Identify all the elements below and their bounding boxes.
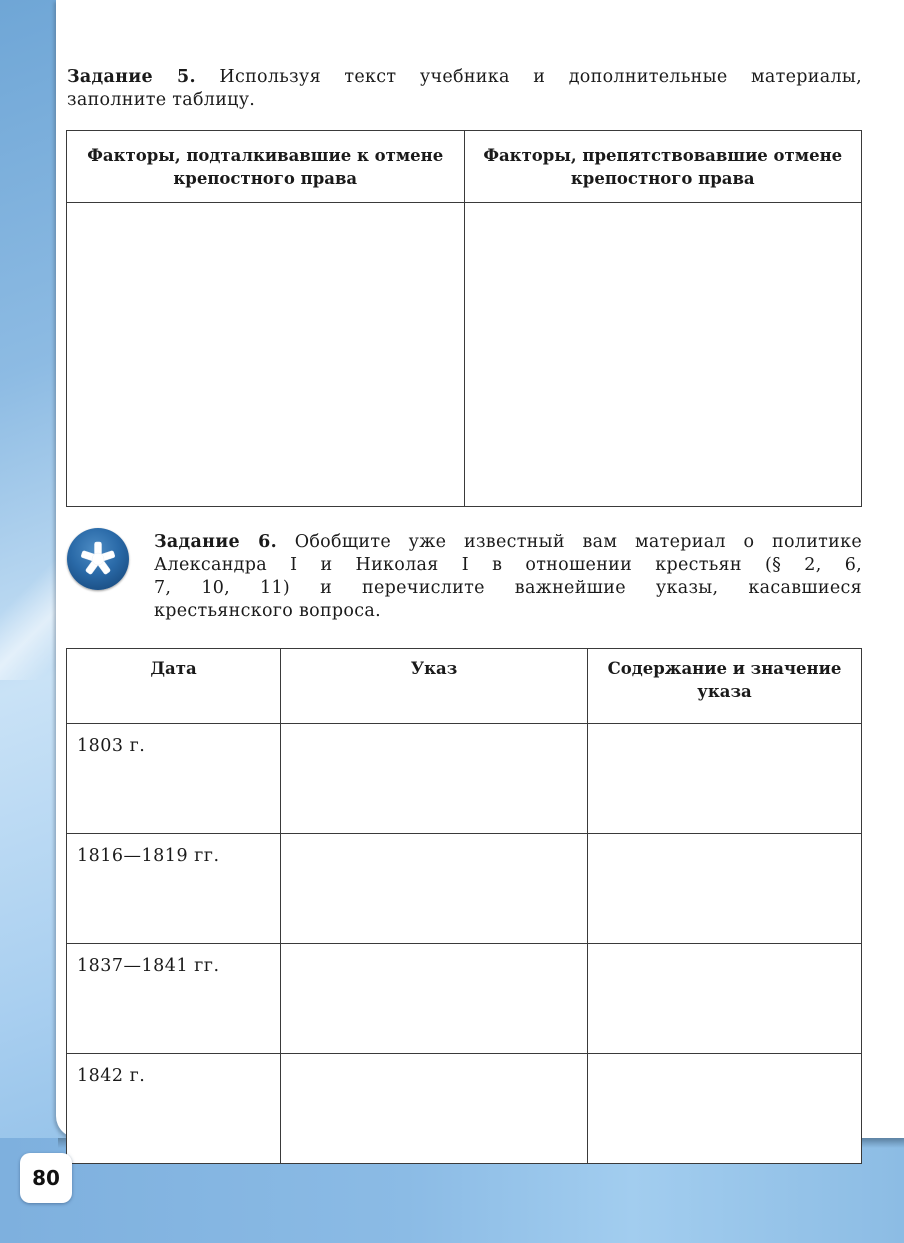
task-5-label: Задание 5. [67,67,196,87]
decree-cell[interactable] [281,834,588,944]
task-6-label: Задание 6. [154,532,277,552]
column-header-date: Дата [67,649,281,724]
table-header-row: Дата Указ Содержание и значение указа [67,649,862,724]
task-5-table: Факторы, подталкивавшие к отмене крепост… [66,130,862,507]
answer-cell-hindering-factors[interactable] [464,203,862,507]
table-row: 1816—1819 гг. [67,834,862,944]
column-header-hindering-factors: Факторы, препятствовавшие отмене крепост… [464,131,862,203]
content-cell[interactable] [588,834,862,944]
task-6-text-1: Обобщите уже известный вам материал о по… [295,532,862,552]
decree-cell[interactable] [281,724,588,834]
task-6-instructions: Задание 6. Обобщите уже известный вам ма… [154,531,862,623]
task-5-instructions: Задание 5. Используя текст учебника и до… [67,66,862,112]
table-row [67,203,862,507]
asterisk-glyph-icon [78,539,118,579]
content-cell[interactable] [588,944,862,1054]
date-cell: 1837—1841 гг. [67,944,281,1054]
task-6-text-4: крестьянского вопроса. [154,600,862,623]
table-header-row: Факторы, подталкивавшие к отмене крепост… [67,131,862,203]
column-header-pushing-factors: Факторы, подталкивавшие к отмене крепост… [67,131,465,203]
background-decoration [0,560,58,680]
table-row: 1842 г. [67,1054,862,1164]
table-row: 1803 г. [67,724,862,834]
task-5-text-1: Используя текст учебника и дополнительны… [219,67,862,87]
column-header-decree: Указ [281,649,588,724]
task-5-text-2: заполните таблицу. [67,89,862,112]
answer-cell-pushing-factors[interactable] [67,203,465,507]
decree-cell[interactable] [281,1054,588,1164]
content-cell[interactable] [588,1054,862,1164]
page-number: 80 [20,1153,72,1203]
content-cell[interactable] [588,724,862,834]
task-6-table: Дата Указ Содержание и значение указа 18… [66,648,862,1164]
column-header-content: Содержание и значение указа [588,649,862,724]
date-cell: 1816—1819 гг. [67,834,281,944]
task-6-text-3: 7, 10, 11) и перечислите важнейшие указы… [154,577,862,600]
date-cell: 1803 г. [67,724,281,834]
task-5-line-1: Задание 5. Используя текст учебника и до… [67,66,862,89]
table-row: 1837—1841 гг. [67,944,862,1054]
task-6-line-1: Задание 6. Обобщите уже известный вам ма… [154,531,862,554]
decree-cell[interactable] [281,944,588,1054]
asterisk-icon [67,528,129,590]
date-cell: 1842 г. [67,1054,281,1164]
task-6-text-2: Александра I и Николая I в отношении кре… [154,554,862,577]
